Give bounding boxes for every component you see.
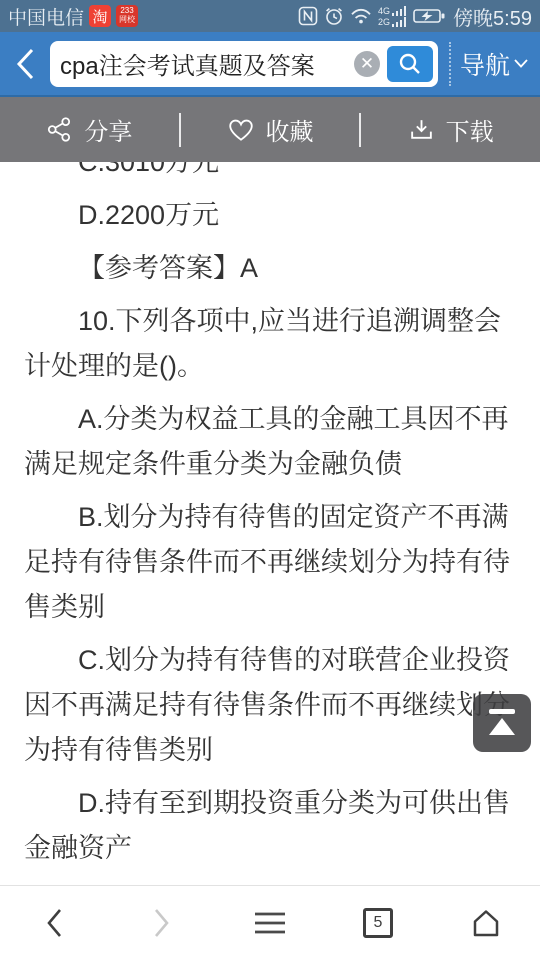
signal-2g-label: 2G xyxy=(378,18,390,27)
menu-lines-icon xyxy=(252,910,288,936)
favorite-label: 收藏 xyxy=(266,112,314,147)
nav-forward-button[interactable] xyxy=(108,886,216,960)
download-label: 下载 xyxy=(446,112,494,147)
question-10-option-b: B.划分为持有待售的固定资产不再满足持有待售条件而不再继续划分为持有待售类别 xyxy=(24,495,516,630)
battery-charging-icon xyxy=(413,8,445,24)
phone-screen: 中国电信 淘 233 网校 xyxy=(0,0,540,960)
nav-menu-label: 导航 xyxy=(460,46,510,82)
nav-home-button[interactable] xyxy=(432,886,540,960)
question-content: C.3010万元 D.2200万元 【参考答案】A 10.下列各项中,应当进行追… xyxy=(0,162,540,885)
option-c-prev: C.3010万元 xyxy=(24,162,516,185)
tab-count-label: 5 xyxy=(374,914,383,932)
question-10-option-a: A.分类为权益工具的金融工具因不再满足规定条件重分类为金融负债 xyxy=(24,397,516,487)
question-10-option-c: C.划分为持有待售的对联营企业投资因不再满足持有待售条件而不再继续划分为持有待售… xyxy=(24,638,516,773)
back-button[interactable] xyxy=(2,34,50,94)
alarm-clock-icon xyxy=(324,6,344,26)
forward-chevron-icon xyxy=(152,907,172,939)
question-10-option-d: D.持有至到期投资重分类为可供出售金融资产 xyxy=(24,781,516,871)
browser-search-header: cpa注会考试真题及答案 ✕ 导航 xyxy=(0,32,540,97)
badge-233-subtext: 网校 xyxy=(119,16,135,25)
heart-outline-icon xyxy=(227,117,255,143)
signal-4g-label: 4G xyxy=(378,7,390,16)
share-button[interactable]: 分享 xyxy=(0,112,179,147)
magnifier-icon xyxy=(397,51,423,77)
back-chevron-icon xyxy=(15,46,37,82)
browser-bottom-nav: 5 xyxy=(0,885,540,960)
status-bar-left: 中国电信 淘 233 网校 xyxy=(8,3,138,30)
chevron-down-icon xyxy=(513,58,529,69)
reference-answer: 【参考答案】A xyxy=(24,246,516,291)
tab-count-icon: 5 xyxy=(363,908,393,938)
carrier-label: 中国电信 xyxy=(8,3,84,30)
dual-sim-signal-icon: 4G 2G xyxy=(378,6,407,27)
page-action-bar: 分享 收藏 下载 xyxy=(0,97,540,162)
header-divider xyxy=(449,42,451,86)
nav-tabs-button[interactable]: 5 xyxy=(324,886,432,960)
search-query-text[interactable]: cpa注会考试真题及答案 xyxy=(60,46,352,81)
status-bar-right: 4G 2G xyxy=(298,2,532,31)
search-input[interactable]: cpa注会考试真题及答案 ✕ xyxy=(50,41,438,87)
status-bar: 中国电信 淘 233 网校 xyxy=(0,0,540,32)
favorite-button[interactable]: 收藏 xyxy=(181,112,360,147)
wifi-icon xyxy=(350,7,372,25)
question-10-stem: 10.下列各项中,应当进行追溯调整会计处理的是()。 xyxy=(24,299,516,389)
clear-icon[interactable]: ✕ xyxy=(354,51,380,77)
search-button[interactable] xyxy=(387,46,433,82)
nav-back-button[interactable] xyxy=(0,886,108,960)
233school-notification-icon: 233 网校 xyxy=(116,5,138,27)
share-label: 分享 xyxy=(84,112,132,147)
back-chevron-icon xyxy=(44,907,64,939)
download-tray-icon xyxy=(408,116,435,143)
share-nodes-icon xyxy=(46,116,73,143)
taobao-notification-icon: 淘 xyxy=(89,5,111,27)
nav-menu-button[interactable]: 导航 xyxy=(460,46,534,82)
home-outline-icon xyxy=(470,908,502,938)
clock-label: 傍晚5:59 xyxy=(453,2,532,31)
download-button[interactable]: 下载 xyxy=(361,112,540,147)
scroll-to-top-icon xyxy=(484,706,520,740)
nav-menu-button-bottom[interactable] xyxy=(216,886,324,960)
scroll-to-top-button[interactable] xyxy=(473,694,531,752)
nfc-icon xyxy=(298,6,318,26)
option-d-prev: D.2200万元 xyxy=(24,193,516,238)
